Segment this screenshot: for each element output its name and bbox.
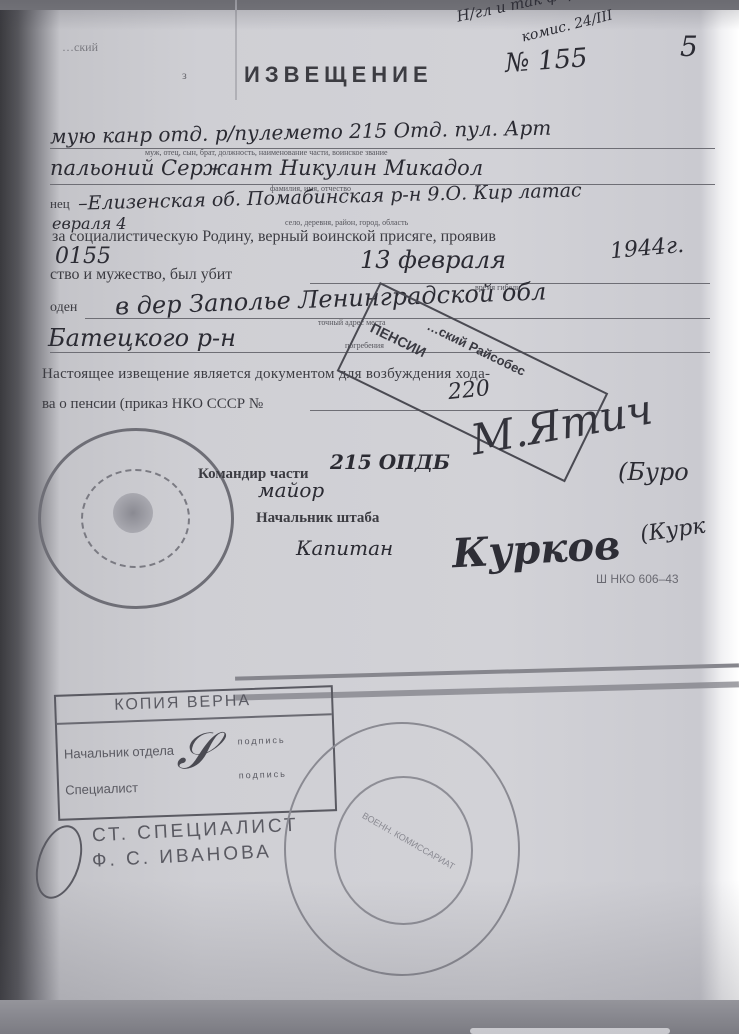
field-birthplace: –Елизенская об. Помабинская р-н 9.О. Кир… [78, 179, 582, 214]
commander-name: (Буро [618, 458, 689, 486]
chief-signature: Курков [451, 522, 622, 578]
specialist-signature: 𝒮 [175, 721, 216, 781]
line8-prefix: оден [50, 300, 77, 316]
header-faded-text: …ский [62, 40, 98, 55]
text-pension-order: ва о пенсии (приказ НКО СССР № [42, 396, 263, 413]
rule [57, 713, 332, 725]
caption-name: фамилия, имя, отчество [270, 184, 351, 193]
rule [50, 148, 715, 149]
caption-relation: муж, отец, сын, брат, должность, наимено… [145, 148, 388, 157]
chief-rank: Капитан [296, 536, 393, 560]
caption-time: время гибели [475, 283, 520, 292]
field-birthplace-cont: евраля 4 [52, 214, 127, 233]
copy-verified-title: КОПИЯ ВЕРНА [114, 692, 251, 715]
signature-caption: подпись [239, 769, 287, 781]
text-notice-document: Настоящее извещение является документом … [42, 366, 490, 383]
field-death-date: 13 февраля [360, 246, 506, 274]
document-title: ИЗВЕЩЕНИЕ [244, 62, 433, 88]
top-shadow [0, 0, 739, 10]
fold-streak [235, 663, 739, 680]
caption-address: точный адрес места [318, 318, 386, 327]
field-code: 0155 [55, 244, 111, 269]
rule [310, 283, 710, 284]
specialist-label: Специалист [65, 780, 138, 798]
signature-caption: подпись [237, 735, 285, 747]
bottom-white-reflection [470, 1028, 670, 1034]
fold-streak [235, 681, 739, 700]
stamp-text: ВОЕНН. КОМИССАРИАТ [361, 810, 457, 871]
specialist-title: СТ. СПЕЦИАЛИСТ [92, 815, 300, 848]
caption-place: село, деревня, район, город, область [285, 218, 408, 227]
copy-verified-stamp: КОПИЯ ВЕРНА Начальник отдела подпись Спе… [54, 685, 337, 821]
header-faded-letter: з [182, 68, 187, 83]
text-killed: ство и мужество, был убит [50, 266, 232, 284]
document-photo: …ский з ИЗВЕЩЕНИЕ № 155 Н/гл и так форм … [0, 0, 739, 1034]
rule [50, 352, 710, 353]
text-loyal-oath: за социалистическую Родину, верный воинс… [52, 228, 496, 246]
emblem-icon [113, 493, 153, 533]
specialist-name: Ф. С. ИВАНОВА [92, 841, 273, 872]
bottom-edge [0, 1000, 739, 1034]
stamp-office: …ский Райсобес [425, 318, 528, 379]
form-code: Ш НКО 606–43 [596, 572, 679, 586]
commander-signature: М.Ятич [467, 384, 656, 464]
commander-label: Командир части [198, 466, 309, 483]
line3-prefix: нец [50, 196, 70, 212]
rule [310, 410, 610, 411]
commander-unit: 215 ОПДБ [330, 450, 450, 474]
field-death-year: 1944г. [609, 233, 685, 264]
stamp-inner-ring [81, 469, 190, 568]
caption-burial: погребения [345, 341, 384, 350]
document-number: № 155 [504, 43, 588, 79]
stamp-pension: ПЕНСИИ [368, 320, 429, 361]
commander-rank: майор [258, 478, 324, 502]
corner-mark: 5 [680, 30, 698, 63]
rectangular-stamp: …ский Райсобес ПЕНСИИ [337, 282, 609, 482]
stamp-inner-ring [334, 776, 473, 925]
field-relation-unit: мую канр отд. р/пулемето 215 Отд. пул. А… [50, 116, 552, 149]
chief-label: Начальник штаба [256, 510, 379, 527]
unit-round-stamp [38, 428, 234, 609]
field-burial-place: в дер Заполье Ленинградской обл [115, 277, 547, 320]
commissariat-round-stamp: ВОЕНН. КОМИССАРИАТ [284, 722, 520, 976]
top-note-2: комис. 24/III [520, 7, 614, 45]
fold-line [235, 0, 237, 100]
field-name: пальоний Сержант Никулин Микадол [50, 156, 483, 180]
rule [85, 318, 710, 319]
field-district: Батецкого р-н [48, 324, 236, 352]
chief-name: (Курк [639, 514, 707, 548]
initial-mark [27, 819, 90, 904]
top-note-1: Н/гл и так форм 24/III [455, 0, 636, 26]
head-of-dept-label: Начальник отдела [64, 743, 175, 762]
stamp-number: 220 [447, 376, 491, 405]
rule [50, 184, 715, 185]
